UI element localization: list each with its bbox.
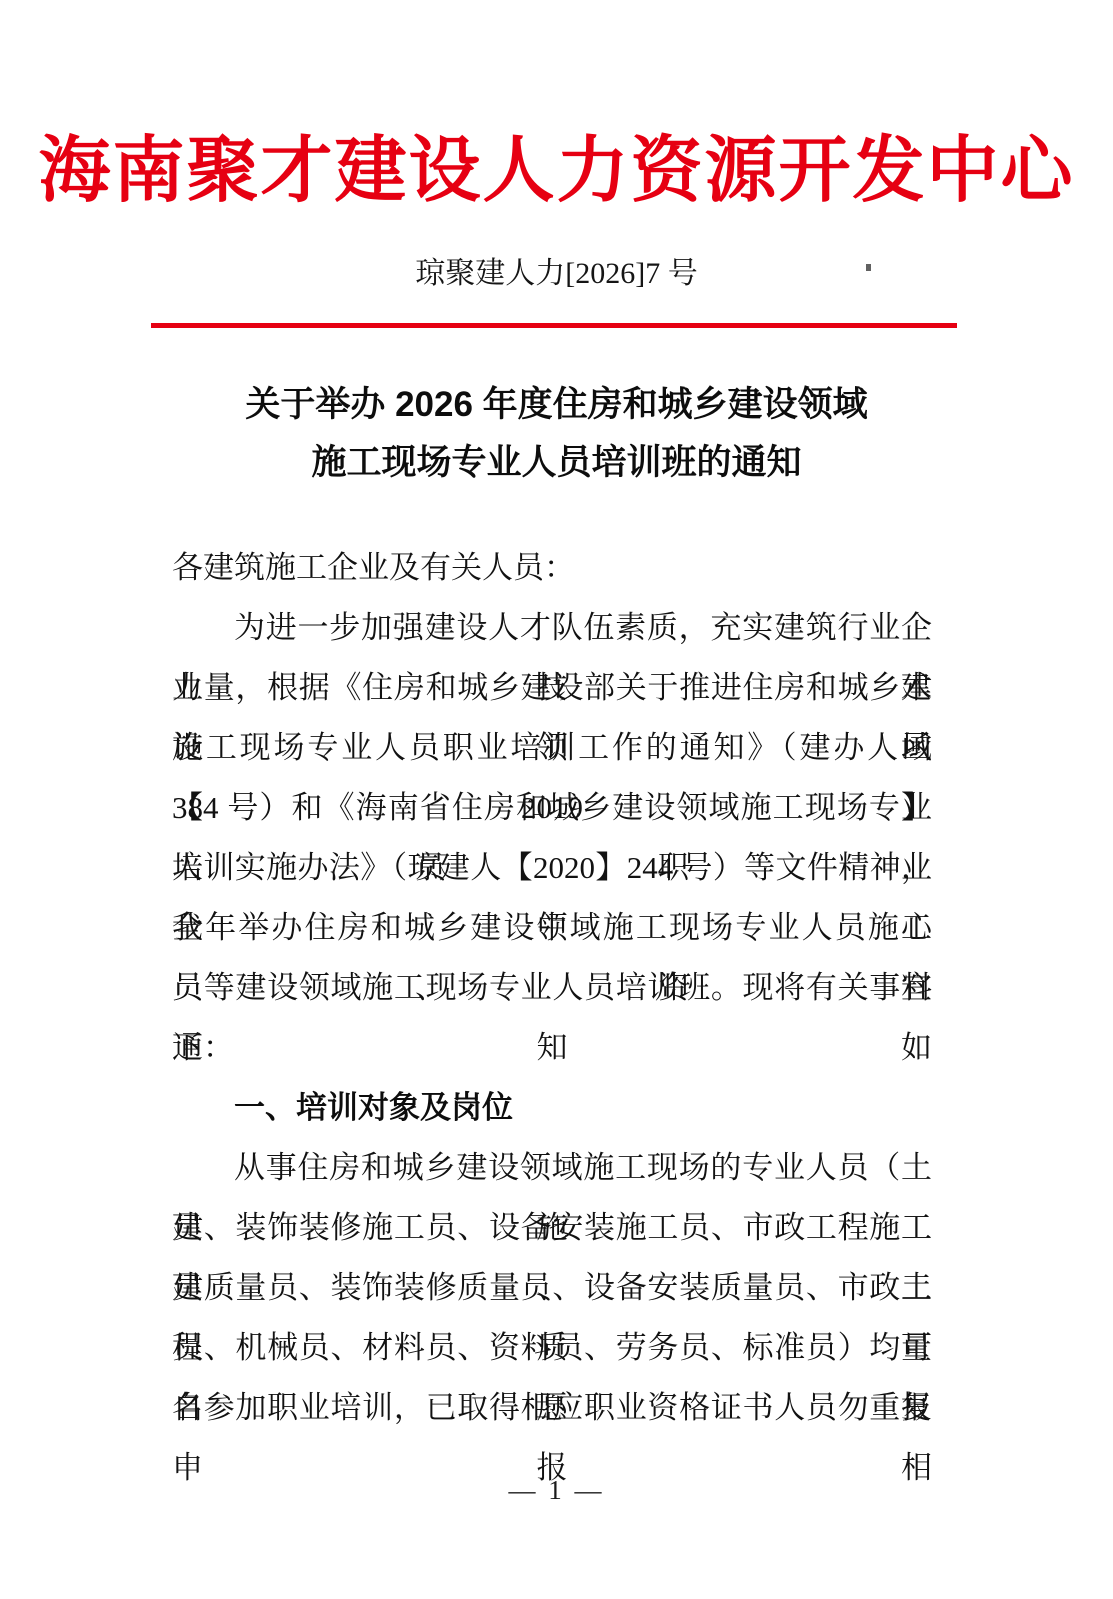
body-line: 施工现场专业人员职业培训工作的通知》（建办人函【2019】 [172,718,932,778]
body-line: 培训实施办法》（琼建人【2020】244 号）等文件精神，我中心 [172,838,932,898]
body-line: 从事住房和城乡建设领域施工现场的专业人员（土建施工 [172,1138,932,1198]
section-heading-1: 一、培训对象及岗位 [172,1078,932,1138]
body-line: 员等建设领域施工现场专业人员培训班。现将有关事宜通知如 [172,958,932,1018]
body-line: 为进一步加强建设人才队伍素质，充实建筑行业企业技术 [172,598,932,658]
document-page: 海南聚才建设人力资源开发中心 琼聚建人力[2026]7 号 关于举办 2026 … [0,0,1113,1599]
letterhead-divider-rule [151,323,957,328]
doc-title: 关于举办 2026 年度住房和城乡建设领域 施工现场专业人员培训班的通知 [0,376,1113,492]
salutation-line: 各建筑施工企业及有关人员： [172,538,932,598]
body-line: 员、装饰装修施工员、设备安装施工员、市政工程施工员、土 [172,1198,932,1258]
doc-number: 琼聚建人力[2026]7 号 [0,254,1113,294]
body-line: 建质量员、装饰装修质量员、设备安装质量员、市政工程质量 [172,1258,932,1318]
body-line: 员、机械员、材料员、资料员、劳务员、标准员）均可自愿报 [172,1318,932,1378]
scan-artifact-speck [866,264,871,271]
page-number: — 1 — [0,1472,1113,1508]
doc-title-line-2: 施工现场专业人员培训班的通知 [0,434,1113,492]
letterhead-org-name: 海南聚才建设人力资源开发中心 [0,130,1113,213]
body-line: 名参加职业培训，已取得相应职业资格证书人员勿重复申报相 [172,1378,932,1438]
body-line: 384 号）和《海南省住房和城乡建设领域施工现场专业人员职业 [172,778,932,838]
body-line: 力量，根据《住房和城乡建设部关于推进住房和城乡建设领域 [172,658,932,718]
body-line: 全年举办住房和城乡建设领域施工现场专业人员施工员、资料 [172,898,932,958]
doc-title-line-1: 关于举办 2026 年度住房和城乡建设领域 [0,376,1113,434]
body-text: 各建筑施工企业及有关人员： 为进一步加强建设人才队伍素质，充实建筑行业企业技术 … [172,538,932,1438]
